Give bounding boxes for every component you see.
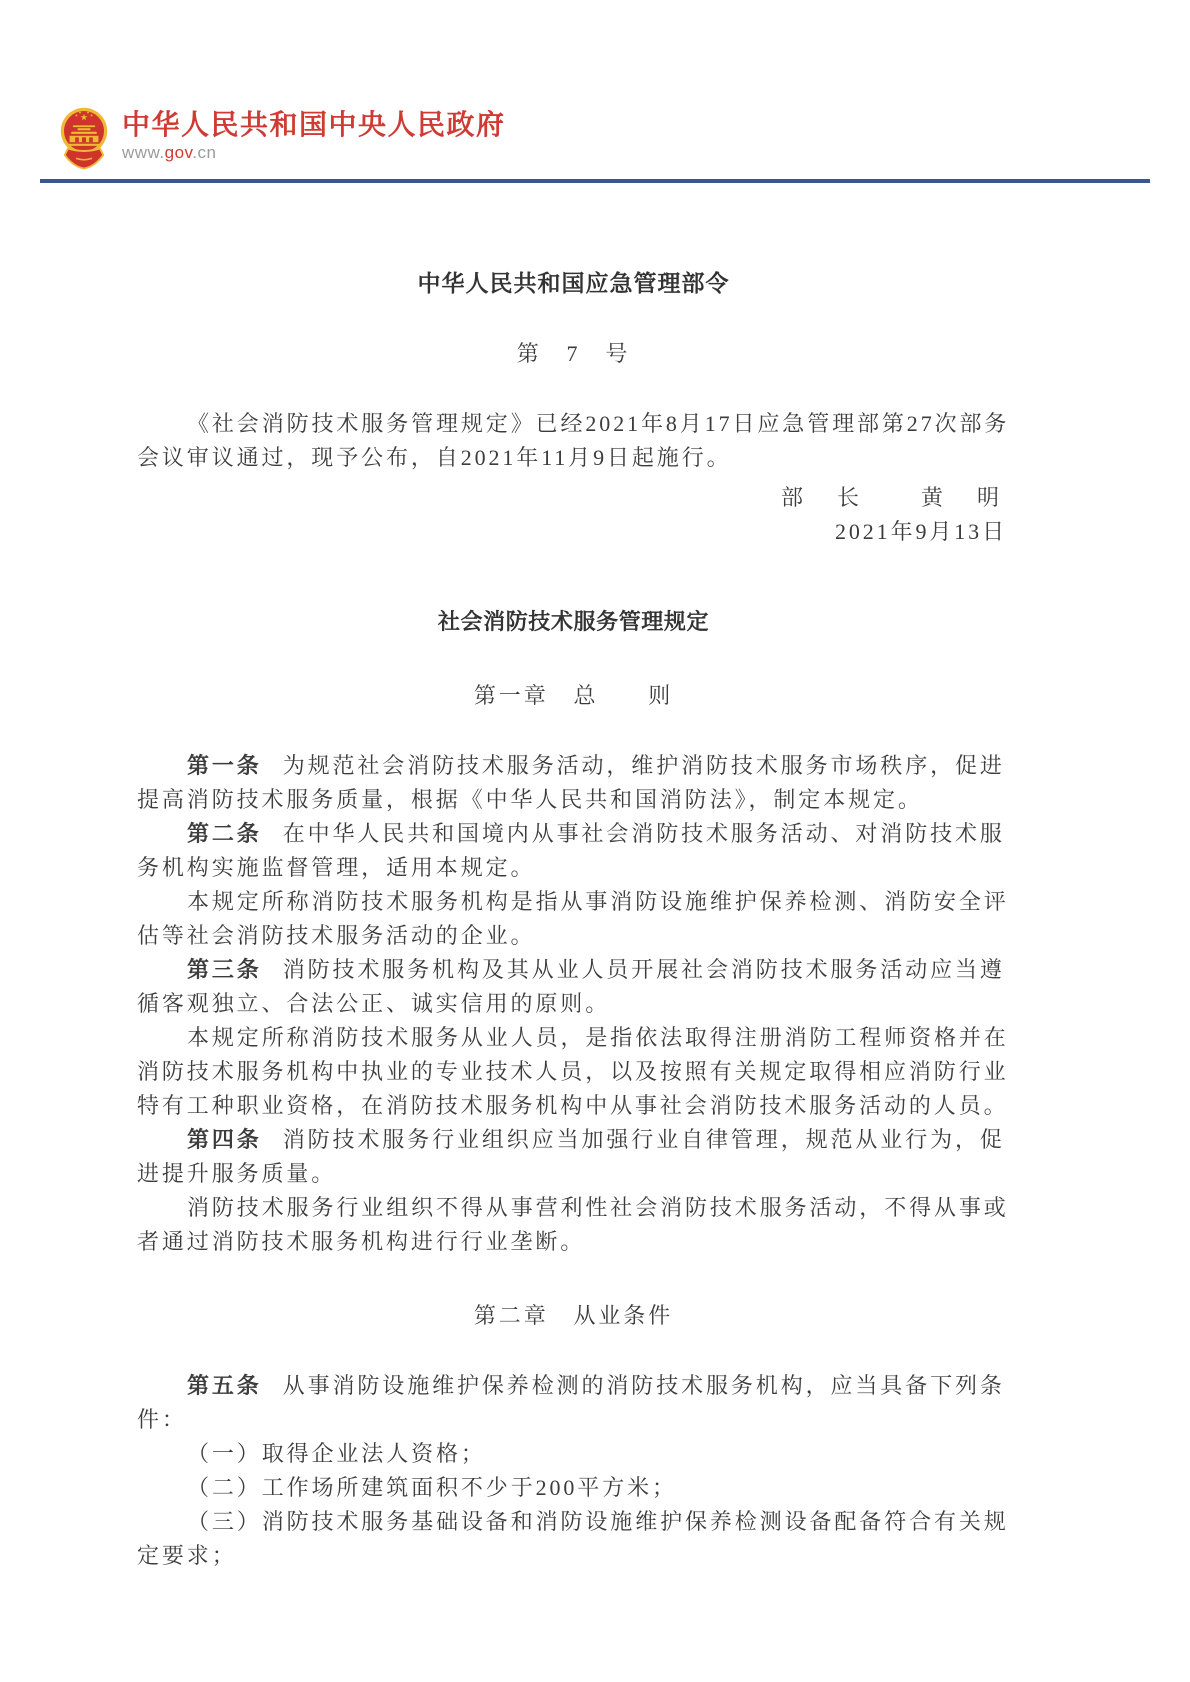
order-title: 中华人民共和国应急管理部令 (137, 267, 1010, 301)
chapter-heading-1: 第一章 总 则 (137, 679, 1010, 713)
article-number: 第三条 (187, 957, 262, 982)
paragraph-text: 消防技术服务行业组织应当加强行业自律管理，规范从业行为，促进提升服务质量。 (137, 1127, 1005, 1186)
article-paragraph: 本规定所称消防技术服务从业人员，是指依法取得注册消防工程师资格并在消防技术服务机… (137, 1021, 1010, 1123)
signature: 部 长 黄 明 (137, 481, 1010, 515)
paragraph-text: （二）工作场所建筑面积不少于200平方米； (187, 1475, 677, 1500)
paragraph-text: （三）消防技术服务基础设备和消防设施维护保养检测设备配备符合有关规定要求； (137, 1509, 1009, 1568)
chapter-heading-2: 第二章 从业条件 (137, 1299, 1010, 1333)
article-paragraph: （二）工作场所建筑面积不少于200平方米； (137, 1471, 1010, 1505)
site-url-www: www. (122, 143, 165, 162)
header-divider (40, 179, 1150, 183)
national-emblem-icon (60, 106, 108, 172)
article-number: 第二条 (187, 821, 262, 846)
article-number: 第五条 (187, 1373, 262, 1398)
site-url-gov: gov (165, 143, 193, 162)
paragraph-text: 为规范社会消防技术服务活动，维护消防技术服务市场秩序，促进提高消防技术服务质量，… (137, 753, 1005, 812)
article-paragraph: 第三条消防技术服务机构及其从业人员开展社会消防技术服务活动应当遵循客观独立、合法… (137, 953, 1010, 1021)
site-header: 中华人民共和国中央人民政府 www.gov.cn (40, 0, 1150, 183)
site-url: www.gov.cn (122, 142, 506, 164)
site-title: 中华人民共和国中央人民政府 (122, 109, 506, 141)
preamble-paragraph: 《社会消防技术服务管理规定》已经2021年8月17日应急管理部第27次部务会议审… (137, 407, 1010, 475)
brand-text: 中华人民共和国中央人民政府 www.gov.cn (122, 104, 506, 164)
regulation-title: 社会消防技术服务管理规定 (137, 605, 1010, 639)
order-number: 第 7 号 (137, 337, 1010, 371)
document-body: 中华人民共和国应急管理部令 第 7 号 《社会消防技术服务管理规定》已经2021… (137, 267, 1010, 1573)
article-paragraph: 第五条从事消防设施维护保养检测的消防技术服务机构，应当具备下列条件： (137, 1369, 1010, 1437)
article-paragraph: （三）消防技术服务基础设备和消防设施维护保养检测设备配备符合有关规定要求； (137, 1505, 1010, 1573)
paragraph-text: 本规定所称消防技术服务机构是指从事消防设施维护保养检测、消防安全评估等社会消防技… (137, 889, 1009, 948)
article-number: 第四条 (187, 1127, 262, 1152)
article-paragraph: 第四条消防技术服务行业组织应当加强行业自律管理，规范从业行为，促进提升服务质量。 (137, 1123, 1010, 1191)
article-paragraph: 第二条在中华人民共和国境内从事社会消防技术服务活动、对消防技术服务机构实施监督管… (137, 817, 1010, 885)
article-paragraph: 消防技术服务行业组织不得从事营利性社会消防技术服务活动，不得从事或者通过消防技术… (137, 1191, 1010, 1259)
paragraph-text: 消防技术服务机构及其从业人员开展社会消防技术服务活动应当遵循客观独立、合法公正、… (137, 957, 1005, 1016)
article-paragraph: 第一条为规范社会消防技术服务活动，维护消防技术服务市场秩序，促进提高消防技术服务… (137, 749, 1010, 817)
article-paragraph: 本规定所称消防技术服务机构是指从事消防设施维护保养检测、消防安全评估等社会消防技… (137, 885, 1010, 953)
signature-date: 2021年9月13日 (137, 515, 1010, 549)
paragraph-text: （一）取得企业法人资格； (187, 1441, 486, 1466)
paragraph-text: 本规定所称消防技术服务从业人员，是指依法取得注册消防工程师资格并在消防技术服务机… (137, 1025, 1009, 1118)
paragraph-text: 在中华人民共和国境内从事社会消防技术服务活动、对消防技术服务机构实施监督管理，适… (137, 821, 1005, 880)
paragraph-text: 消防技术服务行业组织不得从事营利性社会消防技术服务活动，不得从事或者通过消防技术… (137, 1195, 1009, 1254)
article-paragraph: （一）取得企业法人资格； (137, 1437, 1010, 1471)
gov-logo-link[interactable]: 中华人民共和国中央人民政府 www.gov.cn (60, 104, 1150, 172)
paragraph-text: 从事消防设施维护保养检测的消防技术服务机构，应当具备下列条件： (137, 1373, 1005, 1432)
page: { "header": { "site_title": "中华人民共和国中央人民… (0, 0, 1190, 1682)
article-number: 第一条 (187, 753, 262, 778)
site-url-cn: .cn (192, 143, 216, 162)
